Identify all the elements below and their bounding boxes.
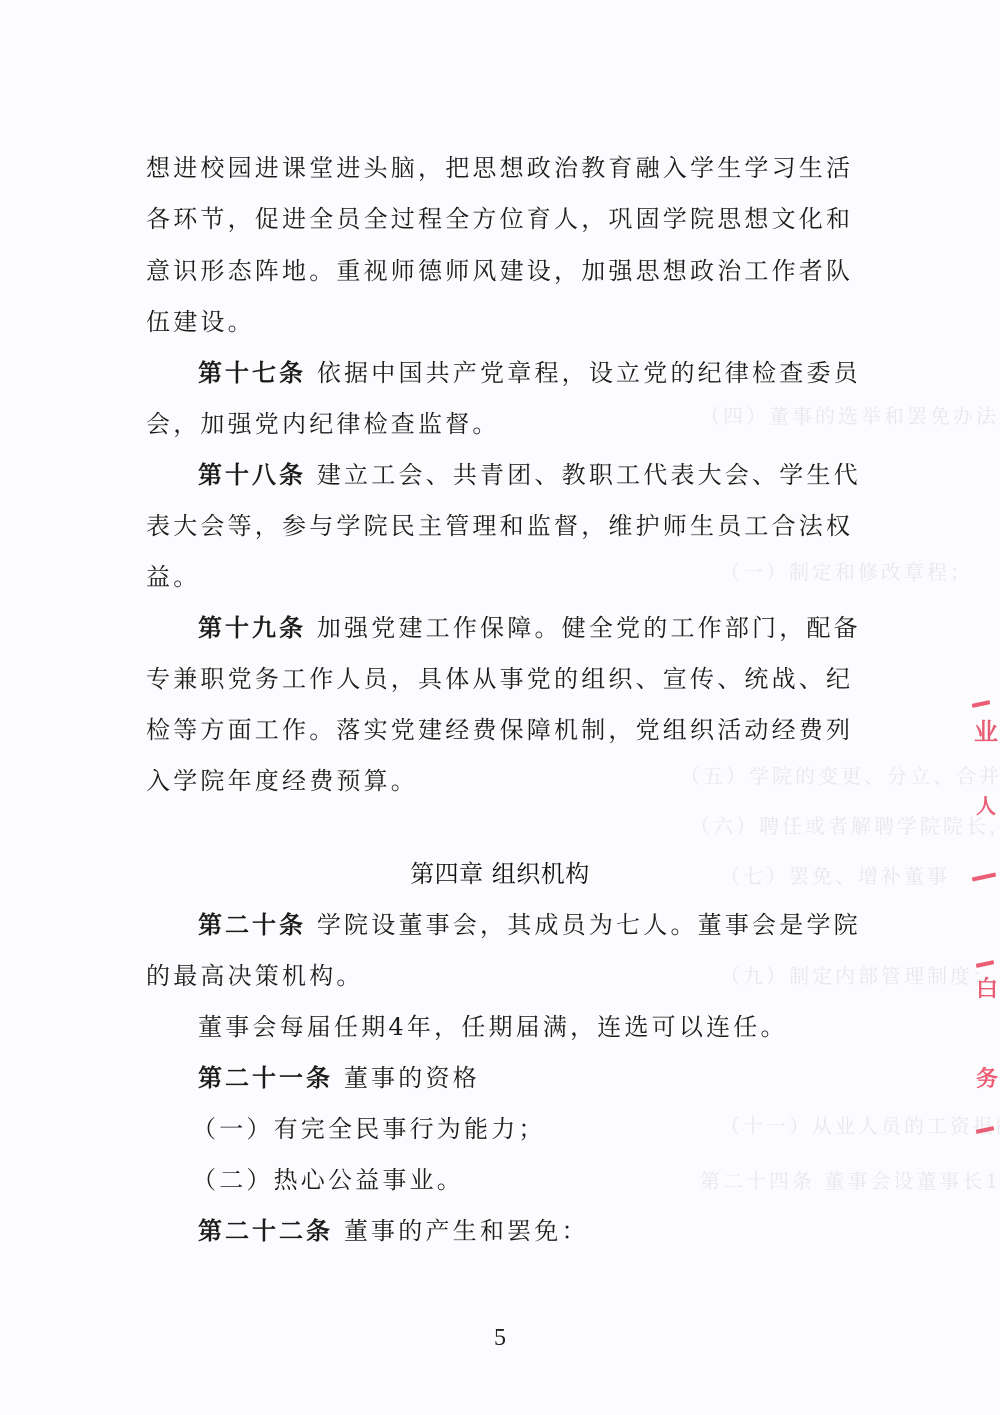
article-text: 加强党建工作保障。健全党的工作部门，配备 [317,614,861,642]
page-number: 5 [0,1325,1000,1352]
article-number: 第二十二条 [198,1216,333,1245]
article-number: 第二十条 [198,910,306,939]
stamp-glyph: 务 [976,1062,1000,1093]
paragraph-line: 专兼职党务工作人员，具体从事党的组织、宣传、统战、纪 [146,664,856,694]
article-number: 第十九条 [198,613,306,642]
article-20: 第二十条 学院设董事会，其成员为七人。董事会是学院 [198,910,908,940]
article-text: 董事的资格 [344,1064,480,1092]
stamp-glyph: 业 [974,712,1000,747]
article-text: 学院设董事会，其成员为七人。董事会是学院 [317,911,861,939]
document-page: （四）董事的选举和罢免办法 （一）制定和修改章程； （五）学院的变更、分立、合并… [0,0,1000,1415]
chapter-heading: 第四章 组织机构 [0,859,1000,889]
stamp-border-mark [972,700,990,708]
article-22: 第二十二条 董事的产生和罢免： [198,1216,908,1246]
paragraph-line: 表大会等，参与学院民主管理和监督，维护师生员工合法权 [146,511,856,541]
article-number: 第二十一条 [198,1063,333,1092]
article-text: 依据中国共产党章程，设立党的纪律检查委员 [317,359,861,387]
article-21: 第二十一条 董事的资格 [198,1063,908,1093]
bleed-through-text: （六）聘任或者解聘学院院长，并根据院长提名聘任副院长 [690,810,1000,839]
article-number: 第十七条 [198,358,306,387]
paragraph-line: 益。 [146,562,856,592]
article-text: 董事的产生和罢免： [344,1217,589,1245]
stamp-glyph: 白 [976,972,1000,1003]
paragraph-line: 董事会每届任期4年，任期届满，连选可以连任。 [198,1012,908,1042]
article-19: 第十九条 加强党建工作保障。健全党的工作部门，配备 [198,613,908,643]
paragraph-line: 想进校园进课堂进头脑，把思想政治教育融入学生学习生活 [146,153,856,183]
stamp-glyph: 人 [976,790,1000,819]
list-item: （二）热心公益事业。 [192,1165,902,1195]
paragraph-line: 各环节，促进全员全过程全方位育人，巩固学院思想文化和 [146,204,856,234]
paragraph-line: 伍建设。 [146,307,856,337]
article-18: 第十八条 建立工会、共青团、教职工代表大会、学生代 [198,460,908,490]
article-number: 第十八条 [198,460,306,489]
paragraph-line: 意识形态阵地。重视师德师风建设，加强思想政治工作者队 [146,256,856,286]
list-item: （一）有完全民事行为能力； [192,1114,902,1144]
article-text: 建立工会、共青团、教职工代表大会、学生代 [317,461,861,489]
paragraph-line: 检等方面工作。落实党建经费保障机制，党组织活动经费列 [146,715,856,745]
paragraph-line: 入学院年度经费预算。 [146,766,856,796]
paragraph-line: 会，加强党内纪律检查监督。 [146,409,856,439]
article-17: 第十七条 依据中国共产党章程，设立党的纪律检查委员 [198,358,908,388]
paragraph-line: 的最高决策机构。 [146,961,856,991]
